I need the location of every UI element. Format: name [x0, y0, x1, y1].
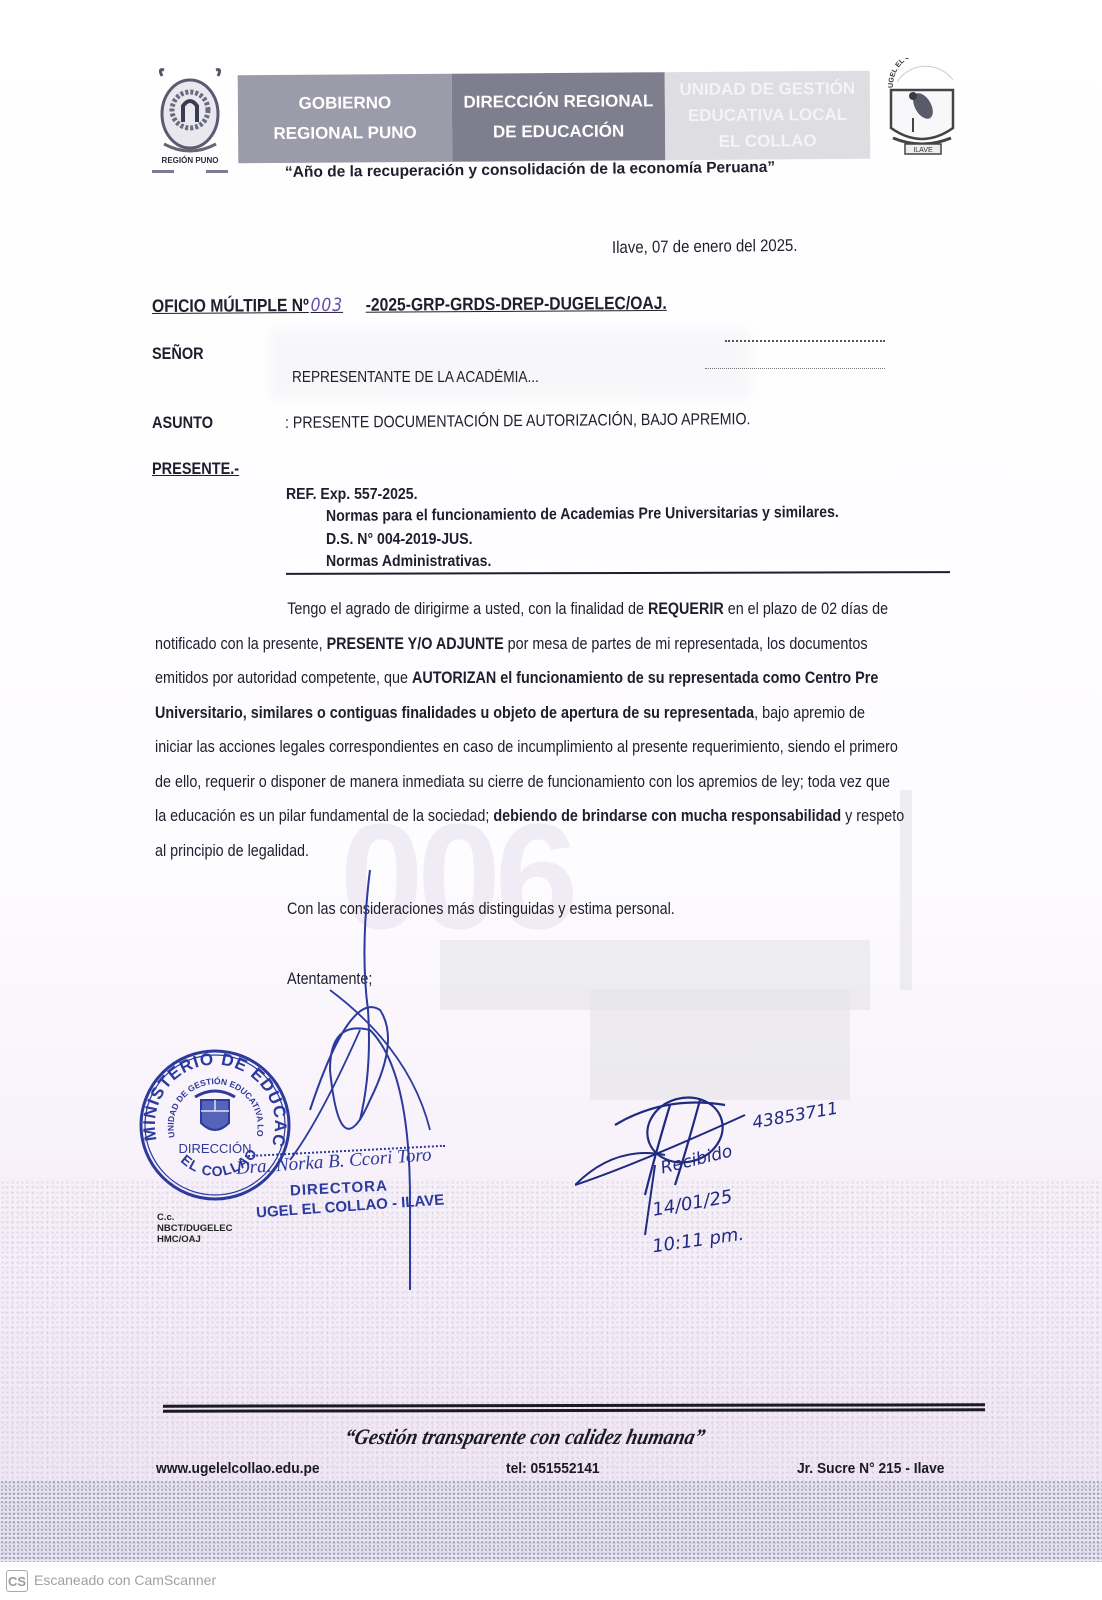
- ugel-el-collao-bird-emblem-icon: UGEL EL COLLAO ILAVE: [883, 58, 961, 164]
- footer-double-rule: [163, 1403, 985, 1412]
- reference-item: REF. Exp. 557-2025.: [286, 486, 417, 504]
- footer-slogan: “Gestión transparente con calidez humana…: [342, 1424, 707, 1450]
- reference-item: Normas Administrativas.: [326, 553, 491, 571]
- svg-text:REGIÓN PUNO: REGIÓN PUNO: [162, 156, 219, 165]
- banner-gobierno-regional: GOBIERNO REGIONAL PUNO: [238, 74, 453, 163]
- dotted-line: [705, 368, 885, 369]
- place-date: Ilave, 07 de enero del 2025.: [612, 236, 798, 258]
- letter-body: Tengo el agrado de dirigirme a usted, co…: [155, 592, 975, 868]
- body-line: iniciar las acciones legales correspondi…: [155, 730, 868, 765]
- body-line: de ello, requerir o disponer de manera i…: [155, 765, 868, 800]
- footer-website[interactable]: www.ugelelcollao.edu.pe: [156, 1460, 320, 1477]
- footer-phone: tel: 051552141: [506, 1460, 600, 1477]
- scan-noise-edge: [0, 1480, 1102, 1562]
- body-line: notificado con la presente, PRESENTE Y/O…: [155, 627, 868, 662]
- ugel-el-collao-logo: UGEL EL COLLAO ILAVE: [883, 58, 961, 164]
- camscanner-label: Escaneado con CamScanner: [34, 1572, 216, 1588]
- asunto-label: ASUNTO: [152, 414, 213, 433]
- banner-ugel: UNIDAD DE GESTIÓN EDUCATIVA LOCAL EL COL…: [665, 71, 871, 160]
- oficio-reference: OFICIO MÚLTIPLE Nº003-2025-GRP-GRDS-DREP…: [152, 293, 667, 317]
- banner-direccion-regional: DIRECCIÓN REGIONAL DE EDUCACIÓN: [452, 72, 666, 161]
- camscanner-logo-icon: CS: [6, 1570, 28, 1592]
- body-line: al principio de legalidad.: [155, 834, 868, 869]
- body-line: Tengo el agrado de dirigirme a usted, co…: [155, 592, 868, 627]
- dotted-line: [725, 340, 885, 342]
- region-puno-coat-of-arms-icon: REGIÓN PUNO: [150, 66, 230, 178]
- svg-text:UGEL EL COLLAO: UGEL EL COLLAO: [888, 58, 936, 88]
- reference-underline: [286, 571, 950, 575]
- region-puno-logo: REGIÓN PUNO: [150, 66, 230, 178]
- peru-coat-of-arms-icon: [195, 1091, 235, 1130]
- body-line: Universitario, similares o contiguas fin…: [155, 696, 868, 731]
- redacted-recipient-area: [270, 330, 750, 398]
- svg-text:ILAVE: ILAVE: [913, 147, 933, 154]
- header-banner: GOBIERNO REGIONAL PUNO DIRECCIÓN REGIONA…: [238, 71, 871, 163]
- year-motto: “Año de la recuperación y consolidación …: [285, 159, 775, 182]
- reference-item: Normas para el funcionamiento de Academi…: [326, 504, 839, 526]
- oficio-prefix: OFICIO MÚLTIPLE Nº: [152, 295, 309, 316]
- reference-item: D.S. N° 004-2019-JUS.: [326, 531, 473, 549]
- body-line: la educación es un pilar fundamental de …: [155, 799, 868, 834]
- presente-label: PRESENTE.-: [152, 460, 239, 479]
- carbon-copy: C.c. NBCT/DUGELEC HMC/OAJ: [157, 1212, 232, 1245]
- body-line: emitidos por autoridad competente, que A…: [155, 661, 868, 696]
- oficio-suffix: -2025-GRP-GRDS-DREP-DUGELEC/OAJ.: [366, 293, 667, 315]
- footer-address: Jr. Sucre N° 215 - Ilave: [797, 1460, 944, 1477]
- asunto-value: : PRESENTE DOCUMENTACIÓN DE AUTORIZACIÓN…: [285, 410, 751, 433]
- senor-label: SEÑOR: [152, 345, 204, 364]
- oficio-number-handwritten: 003: [310, 295, 343, 316]
- recipient: REPRESENTANTE DE LA ACADÉMIA...: [292, 369, 539, 387]
- scanned-letter-page: 006 REGIÓN PUNO GOBIERNO REGIONAL PUNO D…: [0, 0, 1102, 1562]
- handwritten-signature-icon: [260, 870, 460, 1290]
